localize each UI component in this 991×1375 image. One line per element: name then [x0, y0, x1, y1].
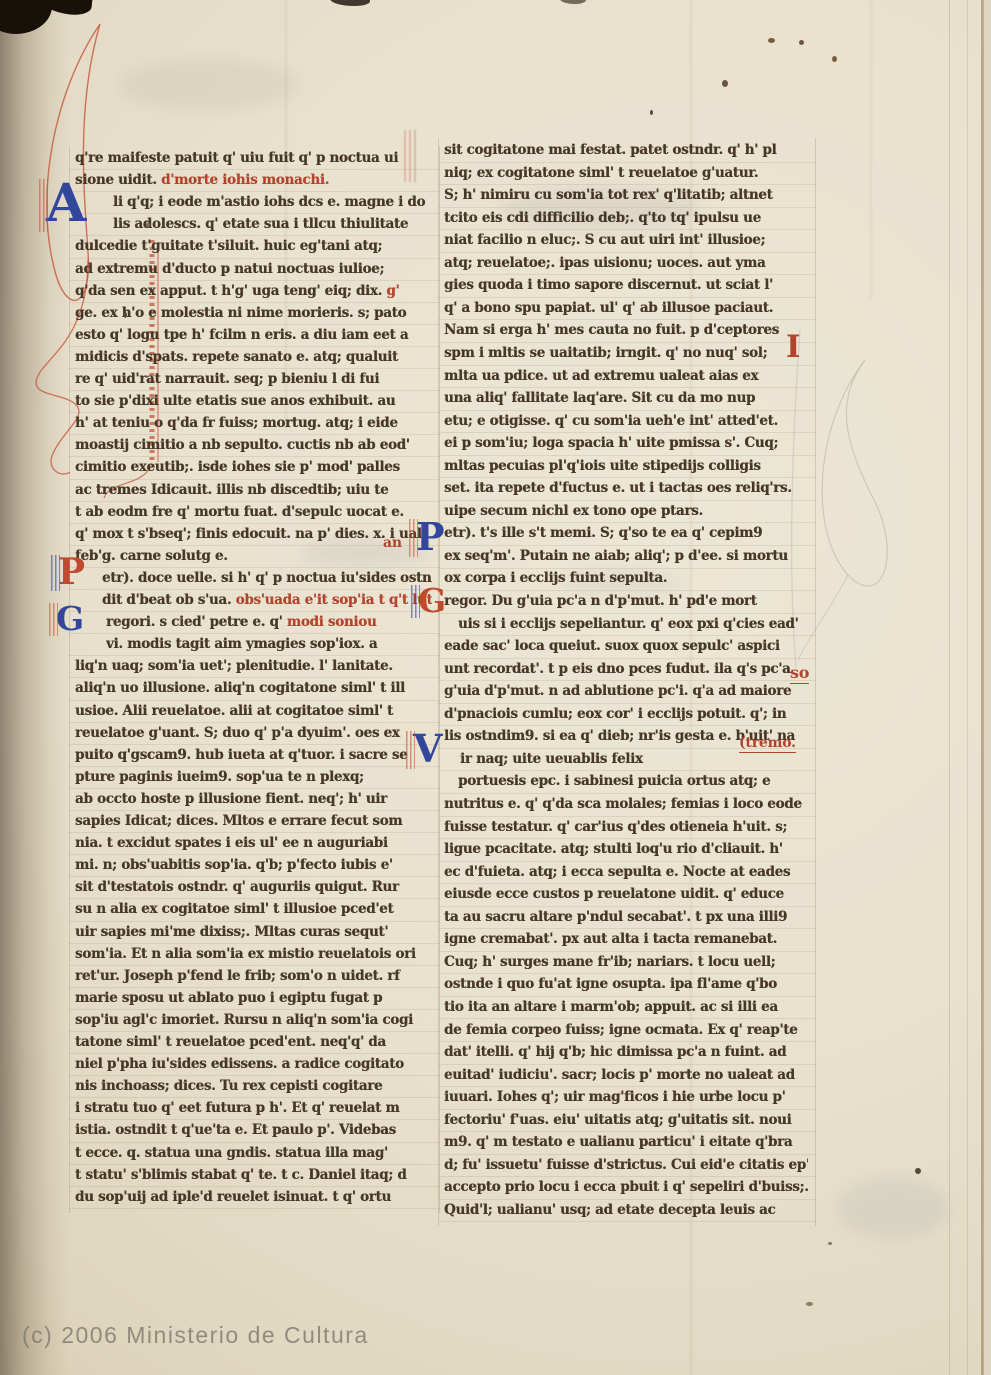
- text-line: aliq'n uo illusione. aliq'n cogitatone s…: [75, 680, 432, 696]
- body-text: moastij cimitio a nb sepulto. cuctis nb …: [75, 437, 410, 453]
- penwork-decoration: [411, 585, 420, 618]
- illuminated-initial-G: G: [56, 604, 84, 634]
- text-line: marie sposu ut ablato puo i egiptu fugat…: [75, 990, 432, 1006]
- body-text: de femia corpeo fuiss; igne ocmata. Ex q…: [444, 1022, 797, 1038]
- body-text: reuelatoe g'uant. S; duo q' p'a dyuim'. …: [75, 725, 400, 741]
- marginal-rubric: I: [786, 329, 800, 365]
- text-line: su n alia ex cogitatoe siml' t illusioe …: [75, 901, 432, 917]
- ruling-line: [69, 677, 440, 678]
- text-line: d'pnaciois cumlu; eox cor' i ecclijs pot…: [444, 706, 808, 722]
- text-line: regori. s cied' petre e. q' modi soniou: [106, 614, 432, 630]
- speck: [650, 110, 653, 115]
- text-line: gies quoda i timo sapore discernut. ut s…: [444, 277, 808, 293]
- penwork-decoration: [49, 603, 58, 636]
- text-line: tcito eis cdi difficilio deb;. q'to tq' …: [444, 210, 808, 226]
- ruling-line: [69, 1097, 440, 1098]
- body-text: portuesis epc. i sabinesi puicia ortus a…: [458, 773, 770, 789]
- text-line: regor. Du g'uia pc'a n d'p'mut. h' pd'e …: [444, 593, 808, 609]
- body-text: niat facilio n eluc;. S cu aut uiri int'…: [444, 232, 765, 248]
- text-line: esto q' logu tpe h' fcilm n eris. a diu …: [75, 327, 432, 343]
- text-line: h' at teniu o q'da fr fuiss; mortug. atq…: [75, 415, 432, 431]
- ruling-line: [438, 297, 816, 298]
- body-text: ex seq'm'. Putain ne aiab; aliq'; p d'ee…: [444, 548, 788, 564]
- ruling-line: [438, 319, 816, 320]
- body-text: vi. modis tagit aim ymagies sop'iox. a: [106, 636, 377, 652]
- text-line: sapies Idicat; dices. Mltos e errare fec…: [75, 813, 432, 829]
- ruling-line: [69, 832, 440, 833]
- ruling-line: [438, 703, 816, 704]
- text-line: tio ita an altare i marm'ob; appuit. ac …: [444, 999, 808, 1015]
- text-line: t ab eodm fre q' mortu fuat. d'sepulc uo…: [75, 504, 432, 520]
- text-line: Quid'l; ualianu' usq; ad etate decepta l…: [444, 1202, 808, 1218]
- ruling-line: [438, 906, 816, 907]
- body-text: uir sapies mi'me dixiss;. Mltas curas se…: [75, 924, 388, 940]
- ruling-line: [438, 838, 816, 839]
- ruling-line: [69, 346, 440, 347]
- body-text: nutritus e. q' q'da sca molales; femias …: [444, 796, 802, 812]
- text-line: etr). t's ille s't memi. S; q'so te ea q…: [444, 525, 808, 541]
- text-line: q're maifeste patuit q' uiu fuit q' p no…: [75, 150, 432, 166]
- ruling-line: [69, 1164, 440, 1165]
- rubric-text: modi soniou: [287, 614, 377, 630]
- body-text: t statu' s'blimis stabat q' te. t c. Dan…: [75, 1167, 407, 1183]
- ruling-line: [438, 342, 816, 343]
- body-text: q're maifeste patuit q' uiu fuit q' p no…: [75, 150, 398, 166]
- body-text: dulcedie t'guitate t'siluit. huic eg'tan…: [75, 238, 382, 254]
- ruling-line: [69, 943, 440, 944]
- speck: [828, 1242, 832, 1245]
- body-text: ac tremes Idicauit. illis nb discedtib; …: [75, 482, 388, 498]
- speck: [832, 56, 837, 62]
- text-line: som'ia. Et n alia som'ia ex mistio reuel…: [75, 946, 432, 962]
- illuminated-initial-V: V: [413, 732, 442, 766]
- binding-edge-fragment: [330, 0, 370, 6]
- body-text: sit cogitatone mai festat. patet ostndr.…: [444, 142, 776, 158]
- body-text: regori. s cied' petre e. q': [106, 614, 287, 630]
- text-line: liq'n uaq; som'ia uet'; plenitudie. l' l…: [75, 658, 432, 674]
- ruling-line: [438, 770, 816, 771]
- ruling-line: [438, 973, 816, 974]
- ruling-line: [69, 479, 440, 480]
- ruling-line: [69, 1075, 440, 1076]
- text-line: feb'g. carne solutg e.: [75, 548, 432, 564]
- body-text: etu; e otigisse. q' cu som'ia ueh'e int'…: [444, 413, 778, 429]
- text-line: eade sac' loca queiut. suox quox sepulc'…: [444, 638, 808, 654]
- text-line: reuelatoe g'uant. S; duo q' p'a dyuim'. …: [75, 725, 432, 741]
- text-line: ge. ex h'o e molestia ni nime morieris. …: [75, 305, 432, 321]
- body-text: mlta ua pdice. ut ad extremu ualeat aias…: [444, 368, 758, 384]
- ruling-line: [69, 302, 440, 303]
- ruling-line: [438, 1176, 816, 1177]
- body-text: gies quoda i timo sapore discernut. ut s…: [444, 277, 773, 293]
- body-text: ei p som'iu; loga spacia h' uite pmissa …: [444, 435, 778, 451]
- penwork-decoration: [409, 519, 418, 557]
- marginal-rubric: so: [790, 663, 809, 684]
- body-text: tio ita an altare i marm'ob; appuit. ac …: [444, 999, 778, 1015]
- body-text: d; fu' issuetu' fuisse d'strictus. Cui e…: [444, 1157, 808, 1173]
- body-text: Cuq; h' surges mane fr'ib; nariars. t lo…: [444, 954, 775, 970]
- ruling-line: [69, 258, 440, 259]
- penwork-decoration: [51, 555, 60, 591]
- body-text: t ab eodm fre q' mortu fuat. d'sepulc uo…: [75, 504, 404, 520]
- body-text: etr). doce uelle. si h' q' p noctua iu's…: [102, 570, 431, 586]
- initial-letter: G: [56, 599, 84, 638]
- ruling-line: [69, 169, 440, 170]
- ruling-line: [438, 1018, 816, 1019]
- speck: [722, 80, 728, 87]
- ruling-line: [438, 1154, 816, 1155]
- next-page-edge: [983, 0, 991, 1375]
- text-line: ox corpa i ecclijs fuint sepulta.: [444, 570, 808, 586]
- initial-letter: P: [416, 514, 445, 559]
- body-text: q' a bono spu papiat. ul' q' ab illusoe …: [444, 300, 773, 316]
- body-text: pture paginis iueim9. sop'ua te n plexq;: [75, 769, 364, 785]
- ruling-line: [438, 951, 816, 952]
- ruling-line: [69, 854, 440, 855]
- body-text: fuisse testatur. q' car'ius q'des otiene…: [444, 819, 787, 835]
- body-text: dat' itelli. q' hij q'b; hic dimissa pc'…: [444, 1044, 786, 1060]
- ruling-line: [69, 1208, 440, 1209]
- text-line: t statu' s'blimis stabat q' te. t c. Dan…: [75, 1167, 432, 1183]
- ruling-line: [69, 589, 440, 590]
- ruling-line: [69, 523, 440, 524]
- body-text: aliq'n uo illusione. aliq'n cogitatone s…: [75, 680, 405, 696]
- body-text: marie sposu ut ablato puo i egiptu fugat…: [75, 990, 382, 1006]
- speck: [146, 223, 150, 227]
- text-line: fectoriu' f'uas. eiu' uitatis atq; g'uit…: [444, 1112, 808, 1128]
- body-text: ostnde i quo fu'at igne osupta. ipa fl'a…: [444, 976, 777, 992]
- body-text: niel p'pha iu'sides edissens. a radice c…: [75, 1056, 404, 1072]
- text-line: vi. modis tagit aim ymagies sop'iox. a: [106, 636, 432, 652]
- illuminated-initial-A: A: [46, 181, 86, 228]
- text-line: niq; ex cogitatone siml' t reuelatoe g'u…: [444, 165, 808, 181]
- body-text: to sie p'dixi ulte etatis sue anos exhib…: [75, 393, 395, 409]
- ruling-line: [438, 522, 816, 523]
- text-line: midicis d'spats. repete sanato e. atq; q…: [75, 349, 432, 365]
- text-line: g'uia d'p'mut. n ad ablutione pc'i. q'a …: [444, 683, 808, 699]
- ruling-line: [69, 213, 440, 214]
- page-edge-line: [949, 0, 950, 1375]
- initial-letter: P: [58, 551, 85, 593]
- body-text: ab occto hoste p illusione fient. neq'; …: [75, 791, 387, 807]
- text-line: iuuari. Iohes q'; uir mag'ficos i hie ur…: [444, 1089, 808, 1105]
- body-text: set. ita repete d'fuctus e. ut i tactas …: [444, 480, 792, 496]
- body-text: sapies Idicat; dices. Mltos e errare fec…: [75, 813, 402, 829]
- text-line: dulcedie t'guitate t'siluit. huic eg'tan…: [75, 238, 432, 254]
- text-line: t ecce. q. statua una gndis. statua illa…: [75, 1145, 432, 1161]
- body-text: etr). t's ille s't memi. S; q'so te ea q…: [444, 525, 762, 541]
- body-text: Nam si erga h' mes cauta no fuit. p d'ce…: [444, 322, 779, 338]
- ruling-line: [69, 1009, 440, 1010]
- text-line: du sop'uij ad iple'd reuelet isinuat. t …: [75, 1189, 432, 1205]
- text-line: niat facilio n eluc;. S cu aut uiri int'…: [444, 232, 808, 248]
- ruling-line: [69, 876, 440, 877]
- body-text: sit d'testatois ostndr. q' auguriis quig…: [75, 879, 399, 895]
- body-text: i stratu tuo q' eet futura p h'. Et q' r…: [75, 1100, 399, 1116]
- ruling-line: [69, 567, 440, 568]
- ruling-line: [69, 1053, 440, 1054]
- ruling-line: [438, 387, 816, 388]
- text-line: portuesis epc. i sabinesi puicia ortus a…: [458, 773, 808, 789]
- ruling-line: [69, 700, 440, 701]
- body-text: nia. t excidut spates i eis ul' ee n aug…: [75, 835, 388, 851]
- text-line: mi. n; obs'uabitis sop'ia. q'b; p'fecto …: [75, 857, 432, 873]
- rubric-text: obs'uada e'it sop'ia t q't lut: [236, 592, 432, 608]
- ruling-line: [438, 1064, 816, 1065]
- penwork-decoration: [406, 731, 415, 769]
- ruling-line: [438, 928, 816, 929]
- ruling-line: [69, 788, 440, 789]
- ruling-line: [438, 184, 816, 185]
- text-line: pture paginis iueim9. sop'ua te n plexq;: [75, 769, 432, 785]
- parchment-crease: [870, 0, 872, 300]
- ruling-line: [438, 252, 816, 253]
- ruling-line: [69, 633, 440, 634]
- parchment-stain: [838, 1178, 948, 1238]
- illuminated-initial-P: P: [58, 556, 85, 588]
- body-text: uipe secum nichl ex tono ope ptars.: [444, 503, 703, 519]
- ruling-line: [69, 1031, 440, 1032]
- text-line: unt recordat'. t p eis dno pces fudut. i…: [444, 661, 808, 677]
- ruling-line: [438, 274, 816, 275]
- ruling-line: [438, 1131, 816, 1132]
- text-line: ret'ur. Joseph p'fend le frib; som'o n u…: [75, 968, 432, 984]
- ruling-line: [69, 1142, 440, 1143]
- text-line: spm i mltis se uaitatib; irngit. q' no n…: [444, 345, 808, 361]
- text-line: etu; e otigisse. q' cu som'ia ueh'e int'…: [444, 413, 808, 429]
- illuminated-initial-G: G: [418, 586, 446, 616]
- text-line: lis adolescs. q' etate sua i tllcu thiul…: [113, 216, 432, 232]
- ruling-line: [69, 235, 440, 236]
- ruling-line: [69, 655, 440, 656]
- body-text: mi. n; obs'uabitis sop'ia. q'b; p'fecto …: [75, 857, 393, 873]
- text-line: re q' uid'rat narrauit. seq; p bieniu l …: [75, 371, 432, 387]
- ruling-line: [438, 658, 816, 659]
- body-text: atq; reuelatoe;. ipas uisionu; uoces. au…: [444, 255, 765, 271]
- speck: [799, 40, 804, 45]
- marginal-rubric: an: [383, 535, 402, 551]
- manuscript-page: q're maifeste patuit q' uiu fuit q' p no…: [0, 0, 991, 1375]
- ruling-line: [438, 229, 816, 230]
- text-line: ab occto hoste p illusione fient. neq'; …: [75, 791, 432, 807]
- text-line: ac tremes Idicauit. illis nb discedtib; …: [75, 482, 432, 498]
- text-line: q'da sen ex apput. t h'g' uga teng' eiq;…: [75, 283, 432, 299]
- ruling-line: [438, 635, 816, 636]
- body-text: igne cremabat'. px aut alta i tacta rema…: [444, 931, 777, 947]
- text-line: set. ita repete d'fuctus e. ut i tactas …: [444, 480, 808, 496]
- body-text: q' mox t s'bseq'; finis edocuit. na p' d…: [75, 526, 426, 542]
- ruling-line: [438, 207, 816, 208]
- body-text: som'ia. Et n alia som'ia ex mistio reuel…: [75, 946, 416, 962]
- ruling-line: [438, 432, 816, 433]
- text-line: usioe. Alii reuelatoe. alii at cogitatoe…: [75, 703, 432, 719]
- ruling-line: [438, 1109, 816, 1110]
- body-text: du sop'uij ad iple'd reuelet isinuat. t …: [75, 1189, 391, 1205]
- body-text: ox corpa i ecclijs fuint sepulta.: [444, 570, 667, 586]
- body-text: fectoriu' f'uas. eiu' uitatis atq; g'uit…: [444, 1112, 791, 1128]
- ruling-line: [69, 921, 440, 922]
- text-line: nutritus e. q' q'da sca molales; femias …: [444, 796, 808, 812]
- text-line: i stratu tuo q' eet futura p h'. Et q' r…: [75, 1100, 432, 1116]
- body-text: ta au sacru altare p'ndul secabat'. t px…: [444, 909, 787, 925]
- body-text: euitad' iudiciu'. sacr; locis p' morte n…: [444, 1067, 795, 1083]
- text-line: ir naq; uite ueuablis felix: [460, 751, 808, 767]
- text-line: niel p'pha iu'sides edissens. a radice c…: [75, 1056, 432, 1072]
- speck: [806, 1302, 813, 1306]
- body-text: spm i mltis se uaitatib; irngit. q' no n…: [444, 345, 767, 361]
- body-text: ret'ur. Joseph p'fend le frib; som'o n u…: [75, 968, 400, 984]
- body-text: regor. Du g'uia pc'a n d'p'mut. h' pd'e …: [444, 593, 757, 609]
- text-line: to sie p'dixi ulte etatis sue anos exhib…: [75, 393, 432, 409]
- ruling-line: [438, 477, 816, 478]
- body-text: ec d'fuieta. atq; i ecca sepulta e. Noct…: [444, 864, 790, 880]
- ruling-line: [69, 1119, 440, 1120]
- body-text: tatone siml' t reuelatoe pced'ent. neq'q…: [75, 1034, 386, 1050]
- body-text: dit d'beat ob s'ua.: [102, 592, 236, 608]
- ruling-line: [69, 611, 440, 612]
- binding-edge-fragment: [560, 0, 586, 4]
- text-line: uir sapies mi'me dixiss;. Mltas curas se…: [75, 924, 432, 940]
- text-line: puito q'gscam9. hub iueta at q'tuor. i s…: [75, 747, 432, 763]
- text-line: cimitio exeutib;. isde iohes sie p' mod'…: [75, 459, 432, 475]
- ruling-line: [69, 456, 440, 457]
- body-text: m9. q' m testato e ualianu particu' i ei…: [444, 1134, 792, 1150]
- speck: [768, 38, 775, 43]
- body-text: puito q'gscam9. hub iueta at q'tuor. i s…: [75, 747, 407, 763]
- ruling-line: [69, 501, 440, 502]
- body-text: li q'q; i eode m'astio iohs dcs e. magne…: [113, 194, 425, 210]
- body-text: eiusde ecce custos p reuelatone uidit. q…: [444, 886, 784, 902]
- text-column-right: sit cogitatone mai festat. patet ostndr.…: [444, 142, 808, 1224]
- body-text: unt recordat'. t p eis dno pces fudut. i…: [444, 661, 791, 677]
- body-text: d'pnaciois cumlu; eox cor' i ecclijs pot…: [444, 706, 786, 722]
- ruling-line: [69, 368, 440, 369]
- ruling-line: [438, 861, 816, 862]
- body-text: nis inchoass; dices. Tu rex cepisti cogi…: [75, 1078, 382, 1094]
- text-line: ostnde i quo fu'at igne osupta. ipa fl'a…: [444, 976, 808, 992]
- body-text: liq'n uaq; som'ia uet'; plenitudie. l' l…: [75, 658, 393, 674]
- text-line: igne cremabat'. px aut alta i tacta rema…: [444, 931, 808, 947]
- ruling-line: [438, 410, 816, 411]
- parchment-stain: [120, 60, 300, 110]
- speck: [915, 1168, 921, 1174]
- ruling-line: [438, 793, 816, 794]
- ruling-line: [438, 1221, 816, 1222]
- ruling-line: [69, 280, 440, 281]
- body-text: esto q' logu tpe h' fcilm n eris. a diu …: [75, 327, 408, 343]
- ruling-line: [438, 1086, 816, 1087]
- text-line: dit d'beat ob s'ua. obs'uada e'it sop'ia…: [102, 592, 432, 608]
- body-text: g'uia d'p'mut. n ad ablutione pc'i. q'a …: [444, 683, 791, 699]
- body-text: ir naq; uite ueuablis felix: [460, 751, 643, 767]
- body-text: feb'g. carne solutg e.: [75, 548, 228, 564]
- body-text: midicis d'spats. repete sanato e. atq; q…: [75, 349, 398, 365]
- text-line: ex seq'm'. Putain ne aiab; aliq'; p d'ee…: [444, 548, 808, 564]
- text-line: euitad' iudiciu'. sacr; locis p' morte n…: [444, 1067, 808, 1083]
- body-text: accepto prio locu i ecca pbuit i q' sepe…: [444, 1179, 808, 1195]
- marginal-rubric: (tremo.: [739, 735, 796, 753]
- text-line: accepto prio locu i ecca pbuit i q' sepe…: [444, 1179, 808, 1195]
- text-line: ad extremu d'ducto p natui noctuas iulio…: [75, 261, 432, 277]
- text-line: uis si i ecclijs sepeliantur. q' eox pxi…: [458, 616, 808, 632]
- ruling-line: [69, 390, 440, 391]
- body-text: istia. ostndit t q'ue'ta e. Et paulo p'.…: [75, 1122, 396, 1138]
- ruling-line: [438, 500, 816, 501]
- ruling-line: [438, 680, 816, 681]
- body-text: h' at teniu o q'da fr fuiss; mortug. atq…: [75, 415, 398, 431]
- text-line: nia. t excidut spates i eis ul' ee n aug…: [75, 835, 432, 851]
- ruling-line: [438, 1041, 816, 1042]
- text-line: li q'q; i eode m'astio iohs dcs e. magne…: [113, 194, 432, 210]
- initial-letter: V: [413, 726, 442, 771]
- copyright-watermark: (c) 2006 Ministerio de Cultura: [22, 1322, 369, 1349]
- ruling-line: [438, 996, 816, 997]
- text-line: d; fu' issuetu' fuisse d'strictus. Cui e…: [444, 1157, 808, 1173]
- ruling-line: [69, 766, 440, 767]
- rubric-text: g': [386, 283, 399, 299]
- body-text: t ecce. q. statua una gndis. statua illa…: [75, 1145, 388, 1161]
- text-line: mlta ua pdice. ut ad extremu ualeat aias…: [444, 368, 808, 384]
- body-text: re q' uid'rat narrauit. seq; p bieniu l …: [75, 371, 379, 387]
- ruling-line: [438, 725, 816, 726]
- ruling-line: [438, 162, 816, 163]
- body-text: q'da sen ex apput. t h'g' uga teng' eiq;…: [75, 283, 386, 299]
- text-column-left: q're maifeste patuit q' uiu fuit q' p no…: [75, 150, 432, 1211]
- text-line: tatone siml' t reuelatoe pced'ent. neq'q…: [75, 1034, 432, 1050]
- body-text: su n alia ex cogitatoe siml' t illusioe …: [75, 901, 393, 917]
- text-line: S; h' nimiru cu som'ia tot rex' q'litati…: [444, 187, 808, 203]
- ruling-line: [69, 744, 440, 745]
- ruling-line: [438, 1199, 816, 1200]
- ruling-line: [69, 324, 440, 325]
- body-text: uis si i ecclijs sepeliantur. q' eox pxi…: [458, 616, 798, 632]
- text-line: atq; reuelatoe;. ipas uisionu; uoces. au…: [444, 255, 808, 271]
- ruling-line: [438, 455, 816, 456]
- text-line: moastij cimitio a nb sepulto. cuctis nb …: [75, 437, 432, 453]
- text-line: eiusde ecce custos p reuelatone uidit. q…: [444, 886, 808, 902]
- text-line: ec d'fuieta. atq; i ecca sepulta e. Noct…: [444, 864, 808, 880]
- ruling-line: [438, 568, 816, 569]
- ruling-line: [69, 722, 440, 723]
- text-line: q' a bono spu papiat. ul' q' ab illusoe …: [444, 300, 808, 316]
- body-text: eade sac' loca queiut. suox quox sepulc'…: [444, 638, 780, 654]
- ruling-line: [438, 613, 816, 614]
- illuminated-initial-P: P: [416, 520, 445, 554]
- ruling-line: [69, 412, 440, 413]
- initial-letter: A: [46, 173, 86, 234]
- text-line: de femia corpeo fuiss; igne ocmata. Ex q…: [444, 1022, 808, 1038]
- penwork-decoration: [39, 179, 48, 231]
- ruling-line: [438, 590, 816, 591]
- rubric-text: d'morte iohis monachi.: [161, 172, 329, 188]
- initial-letter: G: [418, 581, 446, 620]
- text-line: Cuq; h' surges mane fr'ib; nariars. t lo…: [444, 954, 808, 970]
- ruling-line: [438, 365, 816, 366]
- body-text: lis adolescs. q' etate sua i tllcu thiul…: [113, 216, 408, 232]
- body-text: ad extremu d'ducto p natui noctuas iulio…: [75, 261, 384, 277]
- body-text: tcito eis cdi difficilio deb;. q'to tq' …: [444, 210, 761, 226]
- body-text: cimitio exeutib;. isde iohes sie p' mod'…: [75, 459, 400, 475]
- text-line: sit cogitatone mai festat. patet ostndr.…: [444, 142, 808, 158]
- text-line: q' mox t s'bseq'; finis edocuit. na p' d…: [75, 526, 432, 542]
- ruling-line: [69, 1186, 440, 1187]
- body-text: niq; ex cogitatone siml' t reuelatoe g'u…: [444, 165, 758, 181]
- text-line: ligue pcacitate. atq; stulti loq'u rio d…: [444, 841, 808, 857]
- text-line: ei p som'iu; loga spacia h' uite pmissa …: [444, 435, 808, 451]
- text-line: ta au sacru altare p'ndul secabat'. t px…: [444, 909, 808, 925]
- ruling-line: [438, 545, 816, 546]
- text-line: dat' itelli. q' hij q'b; hic dimissa pc'…: [444, 1044, 808, 1060]
